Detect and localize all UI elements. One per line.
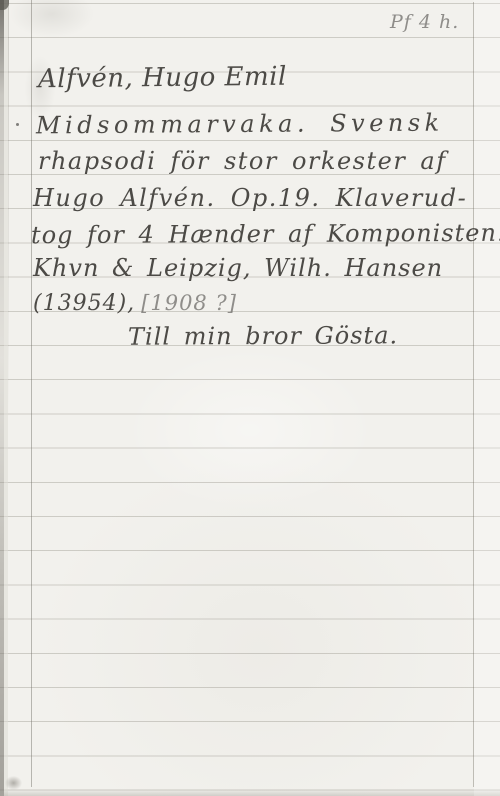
plate-and-date-line: (13954),[1908 ?] <box>33 286 237 321</box>
date-annotation: [1908 ?] <box>141 291 237 315</box>
plate-number: (13954), <box>33 291 135 316</box>
right-margin-tint <box>474 0 500 796</box>
scanned-catalog-card: Pf 4 h. Alfvén, Hugo Emil Midsommarvaka.… <box>0 0 500 796</box>
dedication-line: Till min bror Gösta. <box>128 318 398 353</box>
left-edge-faint-line <box>8 0 9 420</box>
page-edge-highlight <box>4 0 8 796</box>
bottom-left-corner-blotch <box>5 776 22 790</box>
margin-dot <box>16 123 19 126</box>
bottom-edge-shadow <box>0 789 500 796</box>
title-line-1: Midsommarvaka. Svensk <box>36 106 444 143</box>
shelfmark-annotation: Pf 4 h. <box>390 5 459 39</box>
left-margin-rule <box>31 0 32 787</box>
author-heading: Alfvén, Hugo Emil <box>38 60 287 97</box>
title-line-2: rhapsodi för stor orkester af <box>38 144 447 178</box>
publisher-line: Khvn & Leipzig, Wilh. Hansen <box>33 251 443 285</box>
title-line-4: tog for 4 Hænder af Komponisten. <box>31 216 500 252</box>
title-line-3: Hugo Alfvén. Op.19. Klaverud- <box>33 181 467 215</box>
